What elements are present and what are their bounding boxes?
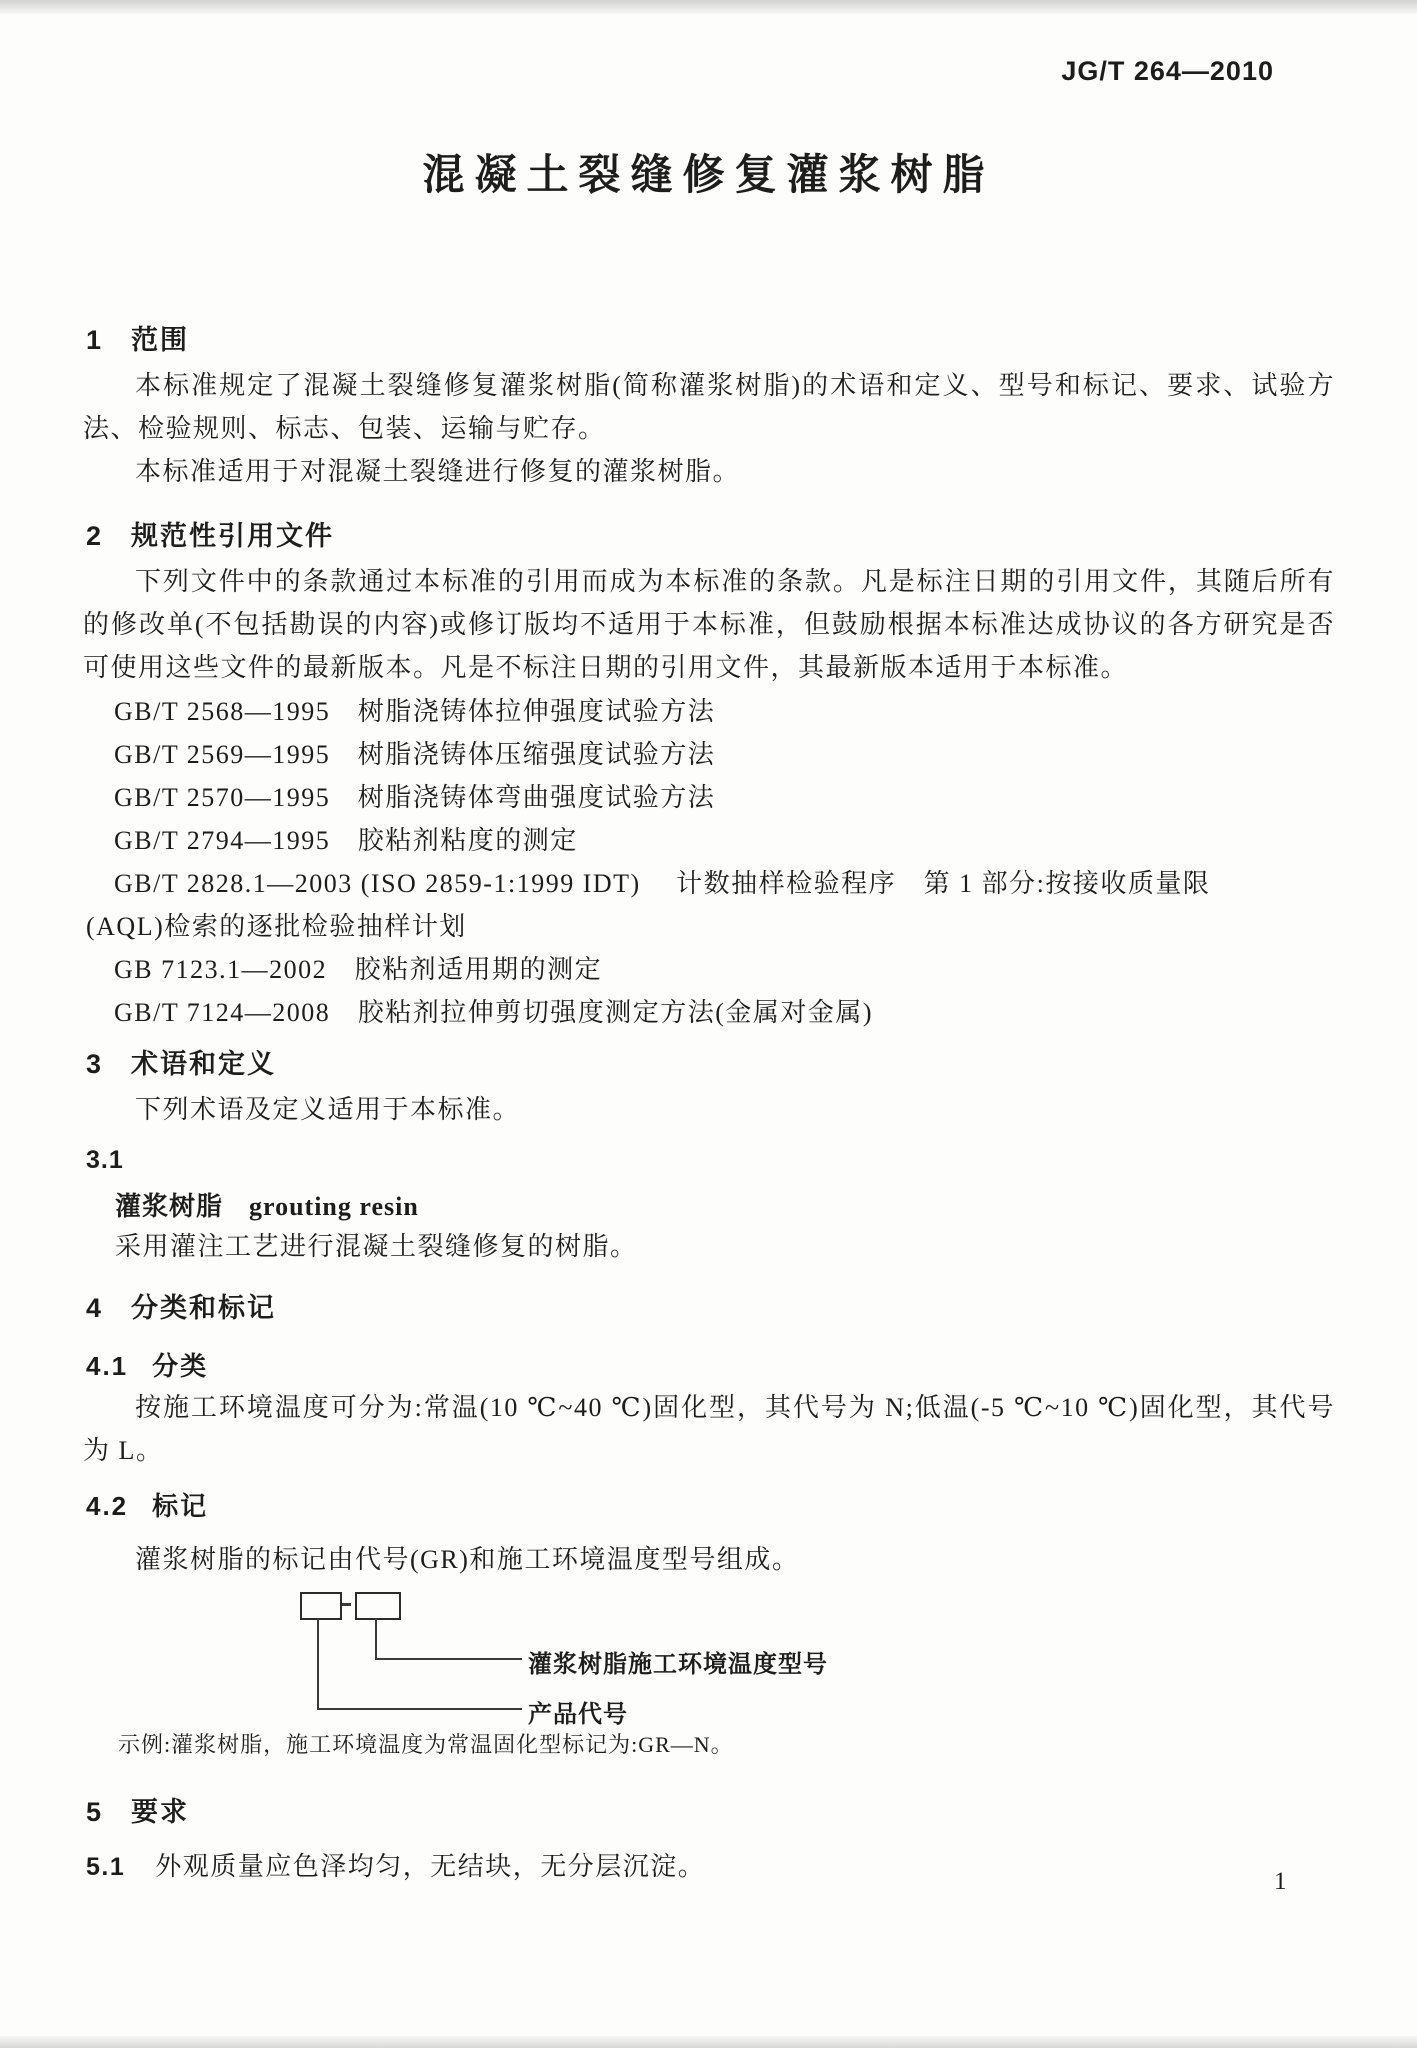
- section-1-paragraph-1: 本标准规定了混凝土裂缝修复灌浆树脂(简称灌浆树脂)的术语和定义、型号和标记、要求…: [83, 364, 1335, 450]
- reference-item: GB/T 2570—1995 树脂浇铸体弯曲强度试验方法: [86, 776, 1338, 819]
- section-4-heading: 4分类和标记: [86, 1286, 276, 1325]
- reference-item: GB/T 2569—1995 树脂浇铸体压缩强度试验方法: [86, 733, 1338, 776]
- clause-5-1-text: 外观质量应色泽均匀，无结块，无分层沉淀。: [155, 1852, 705, 1881]
- section-4-2-heading: 4.2标记: [86, 1486, 208, 1523]
- section-1-heading: 1范围: [86, 318, 189, 357]
- section-4-1-heading: 4.1分类: [86, 1346, 208, 1383]
- reference-list: GB/T 2568—1995 树脂浇铸体拉伸强度试验方法 GB/T 2569—1…: [86, 690, 1338, 1034]
- section-3-number: 3: [86, 1049, 103, 1079]
- page-number: 1: [1274, 1868, 1287, 1896]
- marking-example: 示例:灌浆树脂，施工环境温度为常温固化型标记为:GR—N。: [118, 1728, 734, 1759]
- section-4-1-title: 分类: [152, 1351, 208, 1381]
- term-definition-heading: 灌浆树脂grouting resin: [115, 1186, 419, 1223]
- document-page: JG/T 264—2010 混凝土裂缝修复灌浆树脂 1范围 本标准规定了混凝土裂…: [0, 0, 1417, 2048]
- section-5-number: 5: [86, 1797, 103, 1827]
- section-2-title: 规范性引用文件: [131, 521, 334, 551]
- section-3-heading: 3术语和定义: [86, 1042, 276, 1081]
- clause-5-1: 5.1外观质量应色泽均匀，无结块，无分层沉淀。: [86, 1846, 705, 1883]
- section-1-title: 范围: [131, 325, 189, 355]
- section-2-number: 2: [86, 521, 103, 551]
- section-3-intro: 下列术语及定义适用于本标准。: [83, 1088, 1335, 1131]
- scan-edge-top: [0, 0, 1417, 14]
- temp-type-box: [355, 1592, 401, 1620]
- reference-item: GB/T 2568—1995 树脂浇铸体拉伸强度试验方法: [86, 690, 1338, 733]
- clause-5-1-number: 5.1: [86, 1853, 125, 1881]
- section-4-2-title: 标记: [152, 1491, 208, 1521]
- doc-code: JG/T 264—2010: [1061, 56, 1274, 87]
- section-1-paragraph-2: 本标准适用于对混凝土裂缝进行修复的灌浆树脂。: [83, 450, 1335, 493]
- section-2-intro: 下列文件中的条款通过本标准的引用而成为本标准的条款。凡是标注日期的引用文件，其随…: [83, 560, 1335, 689]
- diagram-line-product-vertical: [317, 1618, 319, 1710]
- diagram-line-temp-horizontal: [375, 1658, 522, 1660]
- diagram-label-temp-type: 灌浆树脂施工环境温度型号: [528, 1644, 828, 1679]
- product-code-box: [300, 1592, 342, 1620]
- section-4-1-number: 4.1: [86, 1351, 128, 1381]
- section-4-2-number: 4.2: [86, 1491, 128, 1521]
- reference-item: GB/T 7124—2008 胶粘剂拉伸剪切强度测定方法(金属对金属): [86, 991, 1338, 1034]
- section-3-title: 术语和定义: [131, 1049, 276, 1079]
- section-4-2-body: 灌浆树脂的标记由代号(GR)和施工环境温度型号组成。: [83, 1538, 1335, 1581]
- reference-item-continuation: (AQL)检索的逐批检验抽样计划: [86, 905, 1338, 948]
- reference-item: GB/T 2828.1—2003 (ISO 2859-1:1999 IDT) 计…: [86, 862, 1338, 905]
- section-2-heading: 2规范性引用文件: [86, 514, 334, 553]
- clause-3-1-number: 3.1: [86, 1146, 124, 1175]
- reference-item: GB/T 2794—1995 胶粘剂粘度的测定: [86, 819, 1338, 862]
- diagram-hyphen: [342, 1603, 351, 1606]
- section-5-heading: 5要求: [86, 1790, 189, 1829]
- reference-item: GB 7123.1—2002 胶粘剂适用期的测定: [86, 948, 1338, 991]
- scan-edge-bottom: [0, 2036, 1417, 2048]
- diagram-label-product-code: 产品代号: [528, 1694, 628, 1729]
- section-5-title: 要求: [131, 1797, 189, 1827]
- section-4-1-body: 按施工环境温度可分为:常温(10 ℃~40 ℃)固化型，其代号为 N;低温(-5…: [83, 1386, 1335, 1472]
- diagram-line-temp-vertical: [375, 1618, 377, 1660]
- document-title: 混凝土裂缝修复灌浆树脂: [0, 142, 1417, 202]
- term-definition-text: 采用灌注工艺进行混凝土裂缝修复的树脂。: [115, 1226, 638, 1263]
- section-1-number: 1: [86, 325, 103, 355]
- section-4-number: 4: [86, 1293, 103, 1323]
- section-4-title: 分类和标记: [131, 1293, 276, 1323]
- term-chinese: 灌浆树脂: [115, 1191, 223, 1221]
- diagram-line-product-horizontal: [317, 1708, 522, 1710]
- term-english: grouting resin: [249, 1192, 419, 1221]
